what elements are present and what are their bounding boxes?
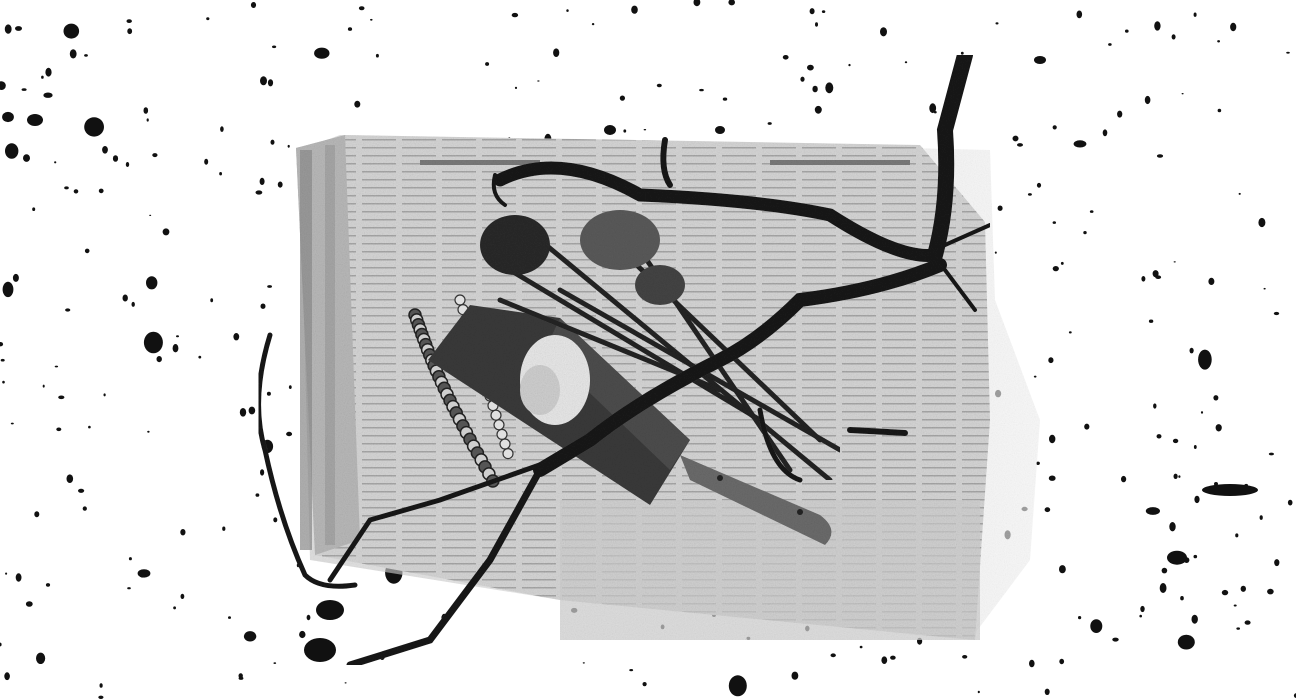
photo-scene (0, 0, 1296, 700)
